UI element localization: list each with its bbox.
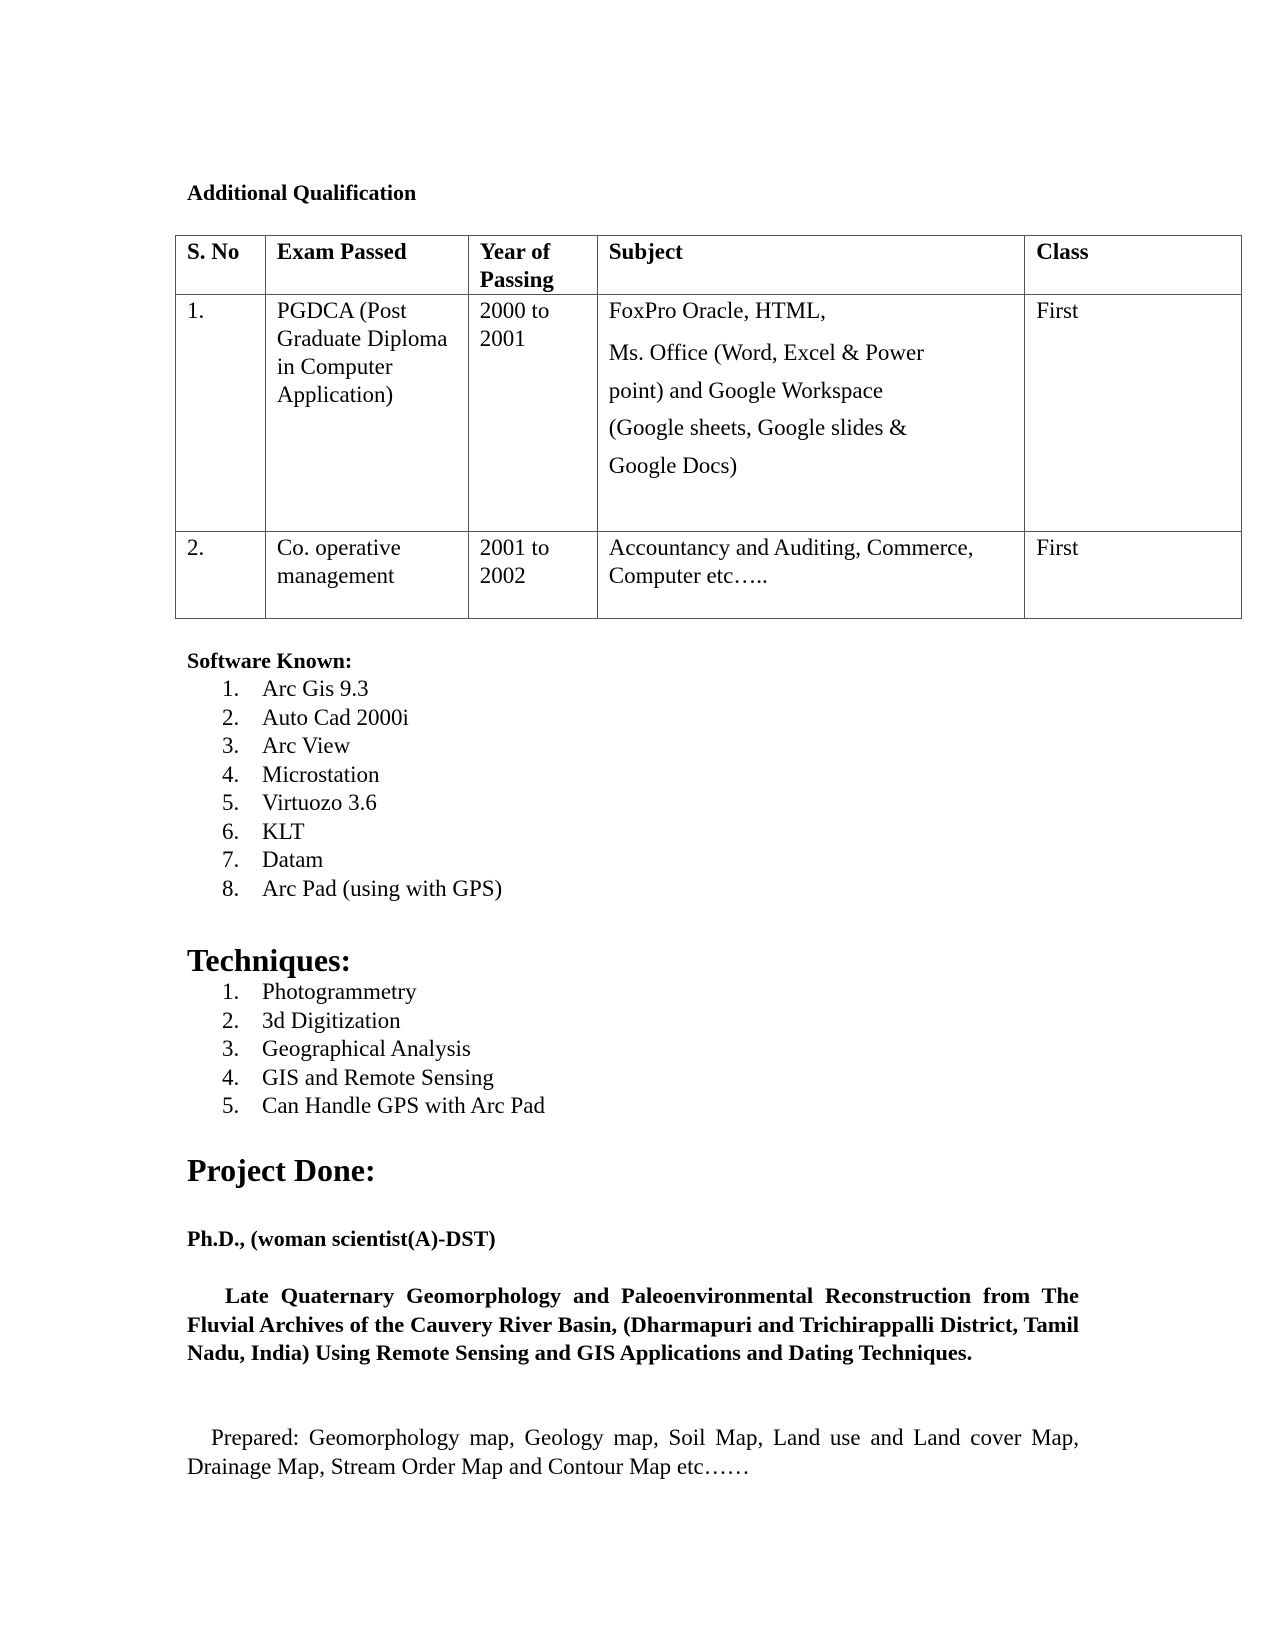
list-item-label: GIS and Remote Sensing [262,1064,494,1093]
qualification-table: S. No Exam Passed Year of Passing Subjec… [175,235,1242,619]
project-done-heading: Project Done: [187,1152,376,1188]
list-item-label: Photogrammetry [262,978,417,1007]
subject-line: Ms. Office (Word, Excel & Power [609,334,1014,372]
header-exam-passed: Exam Passed [265,236,468,295]
list-item: 1.Arc Gis 9.3 [222,675,502,704]
subject-line: point) and Google Workspace [609,372,1014,410]
phd-heading: Ph.D., (woman scientist(A)-DST) [187,1226,496,1252]
list-item: 3.Geographical Analysis [222,1035,545,1064]
cell-sno: 2. [176,532,266,619]
list-number: 5. [222,789,262,818]
header-sno: S. No [176,236,266,295]
table-row: 2. Co. operative management 2001 to 2002… [176,532,1242,619]
additional-qualification-heading: Additional Qualification [187,180,416,206]
list-number: 6. [222,818,262,847]
header-class: Class [1025,236,1242,295]
list-item-label: 3d Digitization [262,1007,401,1036]
techniques-list: 1.Photogrammetry 2.3d Digitization 3.Geo… [222,978,545,1121]
subject-line: FoxPro Oracle, HTML, [609,297,1014,325]
header-subject: Subject [597,236,1024,295]
cell-exam: PGDCA (Post Graduate Diploma in Computer… [265,295,468,532]
cell-subject: Accountancy and Auditing, Commerce, Comp… [597,532,1024,619]
list-item-label: Geographical Analysis [262,1035,471,1064]
list-item-label: Can Handle GPS with Arc Pad [262,1092,545,1121]
list-number: 4. [222,1064,262,1093]
list-item-label: Arc Gis 9.3 [262,675,369,704]
subject-line: (Google sheets, Google slides & [609,409,1014,447]
list-item: 2.3d Digitization [222,1007,545,1036]
list-number: 8. [222,875,262,904]
list-item-label: KLT [262,818,305,847]
cell-class: First [1025,532,1242,619]
cell-subject: FoxPro Oracle, HTML, Ms. Office (Word, E… [597,295,1024,532]
list-item: 8.Arc Pad (using with GPS) [222,875,502,904]
prepared-maps-text: Prepared: Geomorphology map, Geology map… [187,1424,1079,1481]
software-list: 1.Arc Gis 9.3 2.Auto Cad 2000i 3.Arc Vie… [222,675,502,903]
list-number: 3. [222,1035,262,1064]
list-item-label: Microstation [262,761,380,790]
document-page: Additional Qualification S. No Exam Pass… [0,0,1275,1650]
list-item: 7.Datam [222,846,502,875]
list-item: 5.Virtuozo 3.6 [222,789,502,818]
list-item-label: Datam [262,846,323,875]
list-number: 5. [222,1092,262,1121]
project-description: Late Quaternary Geomorphology and Paleoe… [187,1282,1079,1368]
techniques-heading: Techniques: [187,942,351,978]
list-item: 4.Microstation [222,761,502,790]
list-item-label: Auto Cad 2000i [262,704,409,733]
table-row: 1. PGDCA (Post Graduate Diploma in Compu… [176,295,1242,532]
list-item: 1.Photogrammetry [222,978,545,1007]
list-item: 5.Can Handle GPS with Arc Pad [222,1092,545,1121]
list-item: 6.KLT [222,818,502,847]
list-item: 4.GIS and Remote Sensing [222,1064,545,1093]
list-number: 2. [222,1007,262,1036]
header-year-of-passing: Year of Passing [468,236,597,295]
cell-sno: 1. [176,295,266,532]
list-item-label: Arc View [262,732,350,761]
list-item: 2.Auto Cad 2000i [222,704,502,733]
list-number: 3. [222,732,262,761]
list-number: 1. [222,675,262,704]
list-item: 3.Arc View [222,732,502,761]
list-number: 4. [222,761,262,790]
cell-class: First [1025,295,1242,532]
list-item-label: Virtuozo 3.6 [262,789,377,818]
list-item-label: Arc Pad (using with GPS) [262,875,502,904]
list-number: 1. [222,978,262,1007]
cell-year: 2000 to 2001 [468,295,597,532]
list-number: 2. [222,704,262,733]
subject-line: Google Docs) [609,447,1014,485]
table-header-row: S. No Exam Passed Year of Passing Subjec… [176,236,1242,295]
list-number: 7. [222,846,262,875]
cell-year: 2001 to 2002 [468,532,597,619]
cell-exam: Co. operative management [265,532,468,619]
software-known-heading: Software Known: [187,648,352,674]
